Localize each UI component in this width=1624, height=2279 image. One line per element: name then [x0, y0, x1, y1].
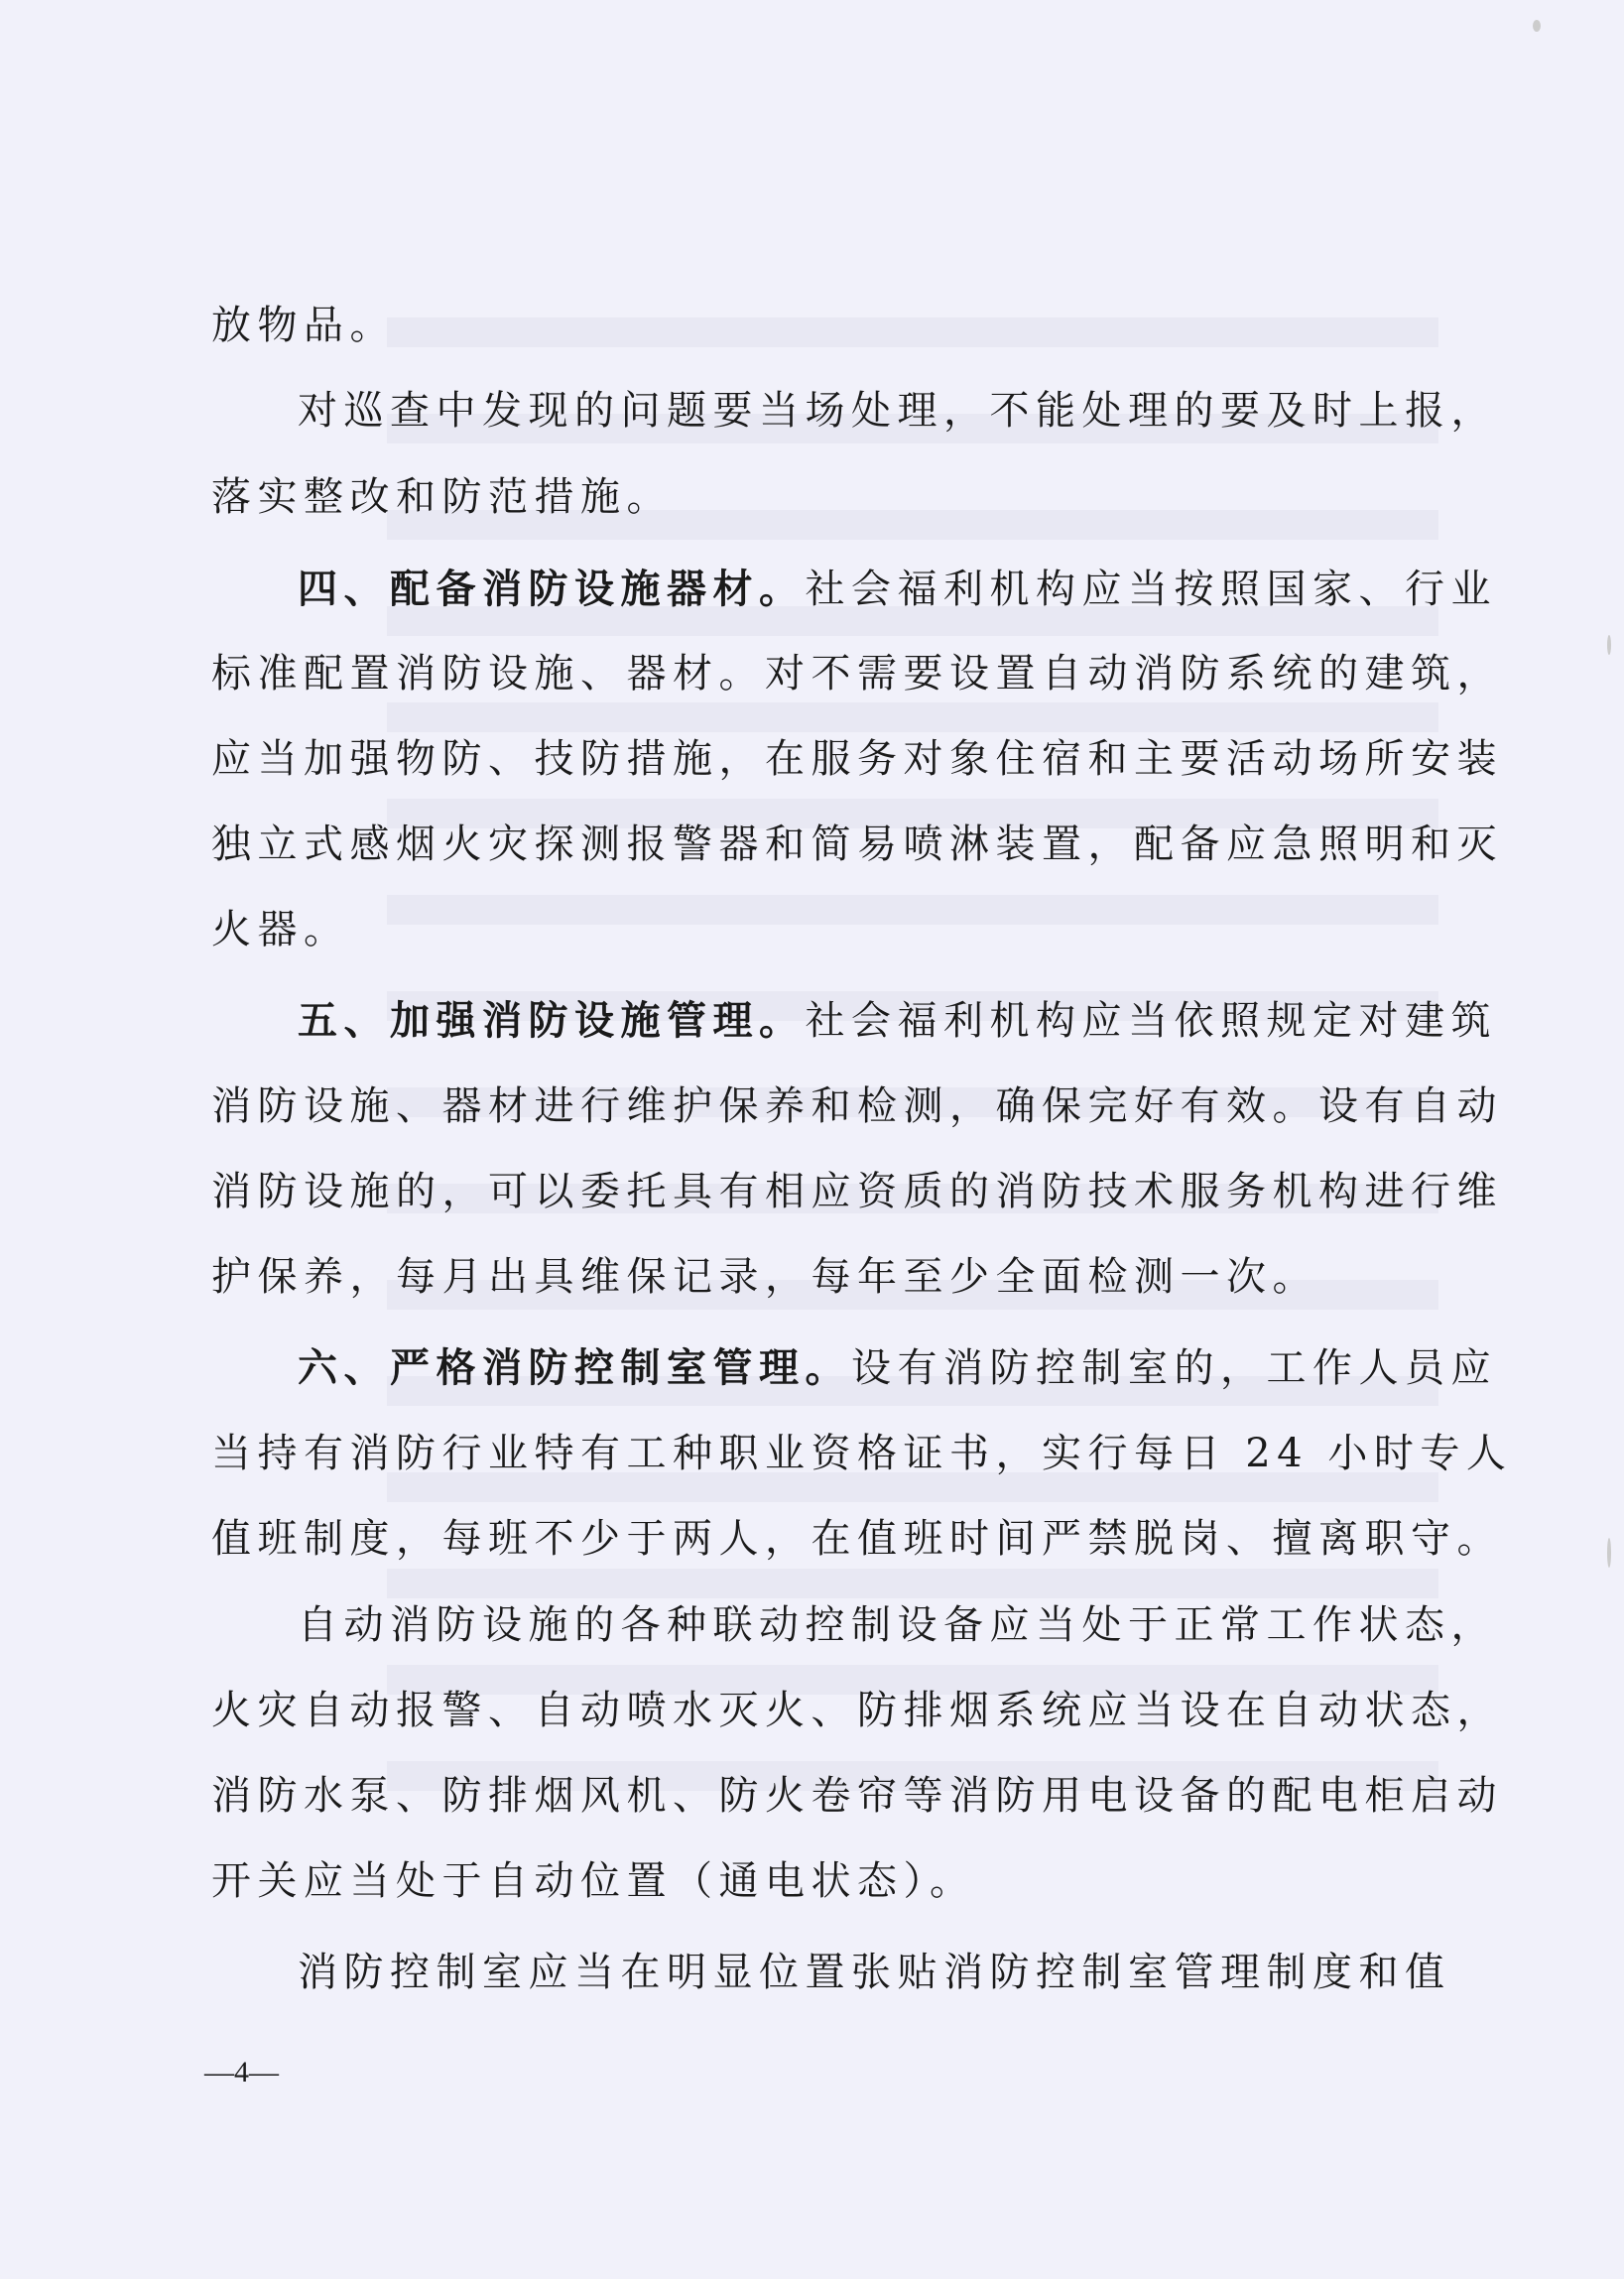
text-line: 独立式感烟火灾探测报警器和简易喷淋装置，配备应急照明和灭: [211, 817, 1402, 872]
scan-speck: [1607, 1538, 1611, 1568]
text-line: 消防控制室应当在明显位置张贴消防控制室管理制度和值: [298, 1945, 1488, 2000]
text-line: 标准配置消防设施、器材。对不需要设置自动消防系统的建筑，: [211, 646, 1402, 701]
text-line: 消防水泵、防排烟风机、防火卷帘等消防用电设备的配电柜启动: [211, 1768, 1402, 1824]
text-line: 火器。: [211, 902, 1402, 957]
text-line: 消防设施的，可以委托具有相应资质的消防技术服务机构进行维: [211, 1164, 1402, 1219]
section-heading: 六、严格消防控制室管理。: [298, 1344, 851, 1391]
page-number: —4—: [204, 2056, 279, 2089]
scan-speck: [1607, 635, 1611, 655]
text-line: 放物品。: [211, 298, 1402, 353]
text-line: 应当加强物防、技防措施，在服务对象住宿和主要活动场所安装: [211, 731, 1402, 787]
text-line: 落实整改和防范措施。: [211, 469, 1402, 525]
section-heading: 四、配备消防设施器材。: [298, 566, 806, 612]
text-line: 开关应当处于自动位置（通电状态）。: [211, 1853, 1402, 1909]
section-6-line: 六、严格消防控制室管理。设有消防控制室的，工作人员应: [298, 1340, 1488, 1396]
text-line: 火灾自动报警、自动喷水灭火、防排烟系统应当设在自动状态，: [211, 1683, 1402, 1738]
section-5-line: 五、加强消防设施管理。社会福利机构应当依照规定对建筑: [298, 993, 1488, 1049]
text-line: 护保养，每月出具维保记录，每年至少全面检测一次。: [211, 1249, 1402, 1305]
document-page: 放物品。 对巡查中发现的问题要当场处理，不能处理的要及时上报， 落实整改和防范措…: [0, 0, 1624, 2279]
scan-speck: [1533, 20, 1541, 32]
text-line: 值班制度，每班不少于两人，在值班时间严禁脱岗、擅离职守。: [211, 1511, 1402, 1567]
section-heading: 五、加强消防设施管理。: [298, 997, 806, 1044]
section-4-line: 四、配备消防设施器材。社会福利机构应当按照国家、行业: [298, 562, 1488, 617]
text-line: 自动消防设施的各种联动控制设备应当处于正常工作状态，: [298, 1597, 1488, 1653]
text-line: 当持有消防行业特有工种职业资格证书，实行每日 24 小时专人: [211, 1426, 1402, 1481]
text-line: 消防设施、器材进行维护保养和检测，确保完好有效。设有自动: [211, 1078, 1402, 1134]
text-line: 对巡查中发现的问题要当场处理，不能处理的要及时上报，: [298, 383, 1488, 439]
